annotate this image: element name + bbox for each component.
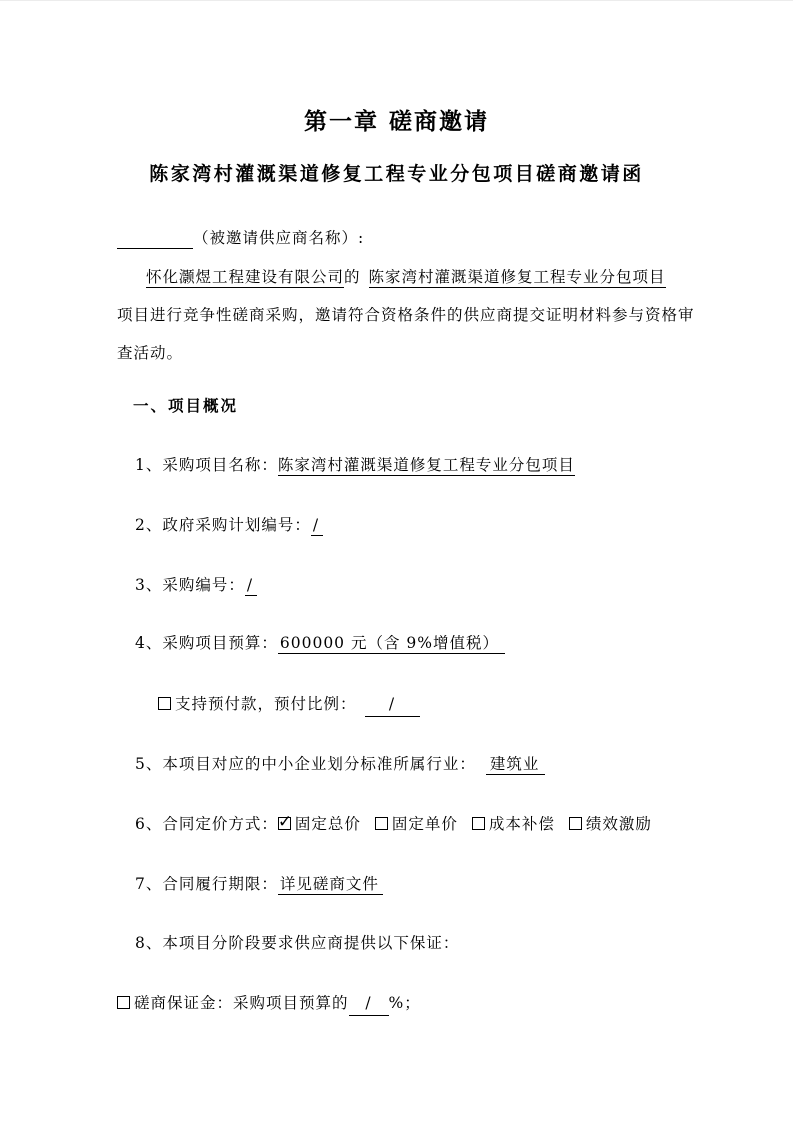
prepayment-line: 支持预付款，预付比例：/ xyxy=(158,694,420,717)
item-purchase-number: 3、采购编号：/ xyxy=(135,575,257,596)
pricing-option-fixed-total: 固定总价 xyxy=(278,815,361,833)
guarantee-ratio-blank[interactable]: / xyxy=(349,993,389,1016)
performance-incentive-checkbox[interactable] xyxy=(569,817,582,830)
item6-label: 6、合同定价方式： xyxy=(135,815,278,833)
invitee-label: （被邀请供应商名称）: xyxy=(193,229,364,247)
pricing-option-cost-compensation: 成本补偿 xyxy=(472,815,555,833)
fixed-total-checkbox[interactable] xyxy=(278,817,291,830)
item-industry: 5、本项目对应的中小企业划分标准所属行业：建筑业 xyxy=(135,754,545,775)
cost-compensation-checkbox[interactable] xyxy=(472,817,485,830)
intro-connector: 的 xyxy=(344,268,361,286)
invitee-line: （被邀请供应商名称）: xyxy=(117,228,364,249)
fixed-total-label: 固定总价 xyxy=(295,815,361,833)
intro-line-2: 项目进行竞争性磋商采购，邀请符合资格条件的供应商提交证明材料参与资格审 xyxy=(117,305,695,326)
item7-value: 详见磋商文件 xyxy=(278,875,383,895)
item2-label: 2、政府采购计划编号： xyxy=(135,516,311,534)
item-budget: 4、采购项目预算：600000 元（含 9%增值税） xyxy=(135,633,505,654)
prepayment-label: 支持预付款，预付比例： xyxy=(175,695,357,713)
cost-compensation-label: 成本补偿 xyxy=(489,815,555,833)
prepayment-ratio-blank[interactable]: / xyxy=(365,694,420,717)
item1-value: 陈家湾村灌溉渠道修复工程专业分包项目 xyxy=(278,456,575,476)
pricing-option-performance-incentive: 绩效激励 xyxy=(569,815,652,833)
fixed-unit-checkbox[interactable] xyxy=(375,817,388,830)
item-gov-plan-number: 2、政府采购计划编号：/ xyxy=(135,515,323,536)
guarantee-label: 磋商保证金：采购项目预算的 xyxy=(134,994,349,1012)
item3-label: 3、采购编号： xyxy=(135,576,245,594)
invitee-name-blank[interactable] xyxy=(117,233,193,249)
pricing-option-fixed-unit: 固定单价 xyxy=(375,815,458,833)
letter-title: 陈家湾村灌溉渠道修复工程专业分包项目磋商邀请函 xyxy=(0,162,793,188)
item1-label: 1、采购项目名称： xyxy=(135,456,278,474)
intro-line-3: 查活动。 xyxy=(117,343,183,364)
chapter-title: 第一章 磋商邀请 xyxy=(0,107,793,138)
performance-incentive-label: 绩效激励 xyxy=(586,815,652,833)
section-heading: 一、项目概况 xyxy=(133,396,238,417)
item7-label: 7、合同履行期限： xyxy=(135,875,278,893)
intro-line-1: 怀化灏煜工程建设有限公司的陈家湾村灌溉渠道修复工程专业分包项目 xyxy=(146,267,666,288)
item-guarantee-intro: 8、本项目分阶段要求供应商提供以下保证： xyxy=(135,933,459,954)
project-name: 陈家湾村灌溉渠道修复工程专业分包项目 xyxy=(369,268,666,288)
item2-value: / xyxy=(311,516,323,536)
item5-label: 5、本项目对应的中小企业划分标准所属行业： xyxy=(135,755,476,773)
document-page: 第一章 磋商邀请 陈家湾村灌溉渠道修复工程专业分包项目磋商邀请函 （被邀请供应商… xyxy=(0,0,793,1122)
item4-label: 4、采购项目预算： xyxy=(135,634,278,652)
item5-value: 建筑业 xyxy=(486,755,546,775)
item3-value: / xyxy=(245,576,257,596)
item-pricing-method: 6、合同定价方式：固定总价固定单价成本补偿绩效激励 xyxy=(135,814,652,835)
item-project-name: 1、采购项目名称：陈家湾村灌溉渠道修复工程专业分包项目 xyxy=(135,455,575,476)
item4-value: 600000 元（含 9%增值税） xyxy=(278,634,505,654)
guarantee-line: 磋商保证金：采购项目预算的/%； xyxy=(117,993,421,1016)
guarantee-suffix: %； xyxy=(389,994,421,1012)
purchaser-name: 怀化灏煜工程建设有限公司 xyxy=(146,268,344,288)
guarantee-checkbox[interactable] xyxy=(117,996,130,1009)
item-contract-period: 7、合同履行期限：详见磋商文件 xyxy=(135,874,383,895)
fixed-unit-label: 固定单价 xyxy=(392,815,458,833)
prepayment-checkbox[interactable] xyxy=(158,697,171,710)
